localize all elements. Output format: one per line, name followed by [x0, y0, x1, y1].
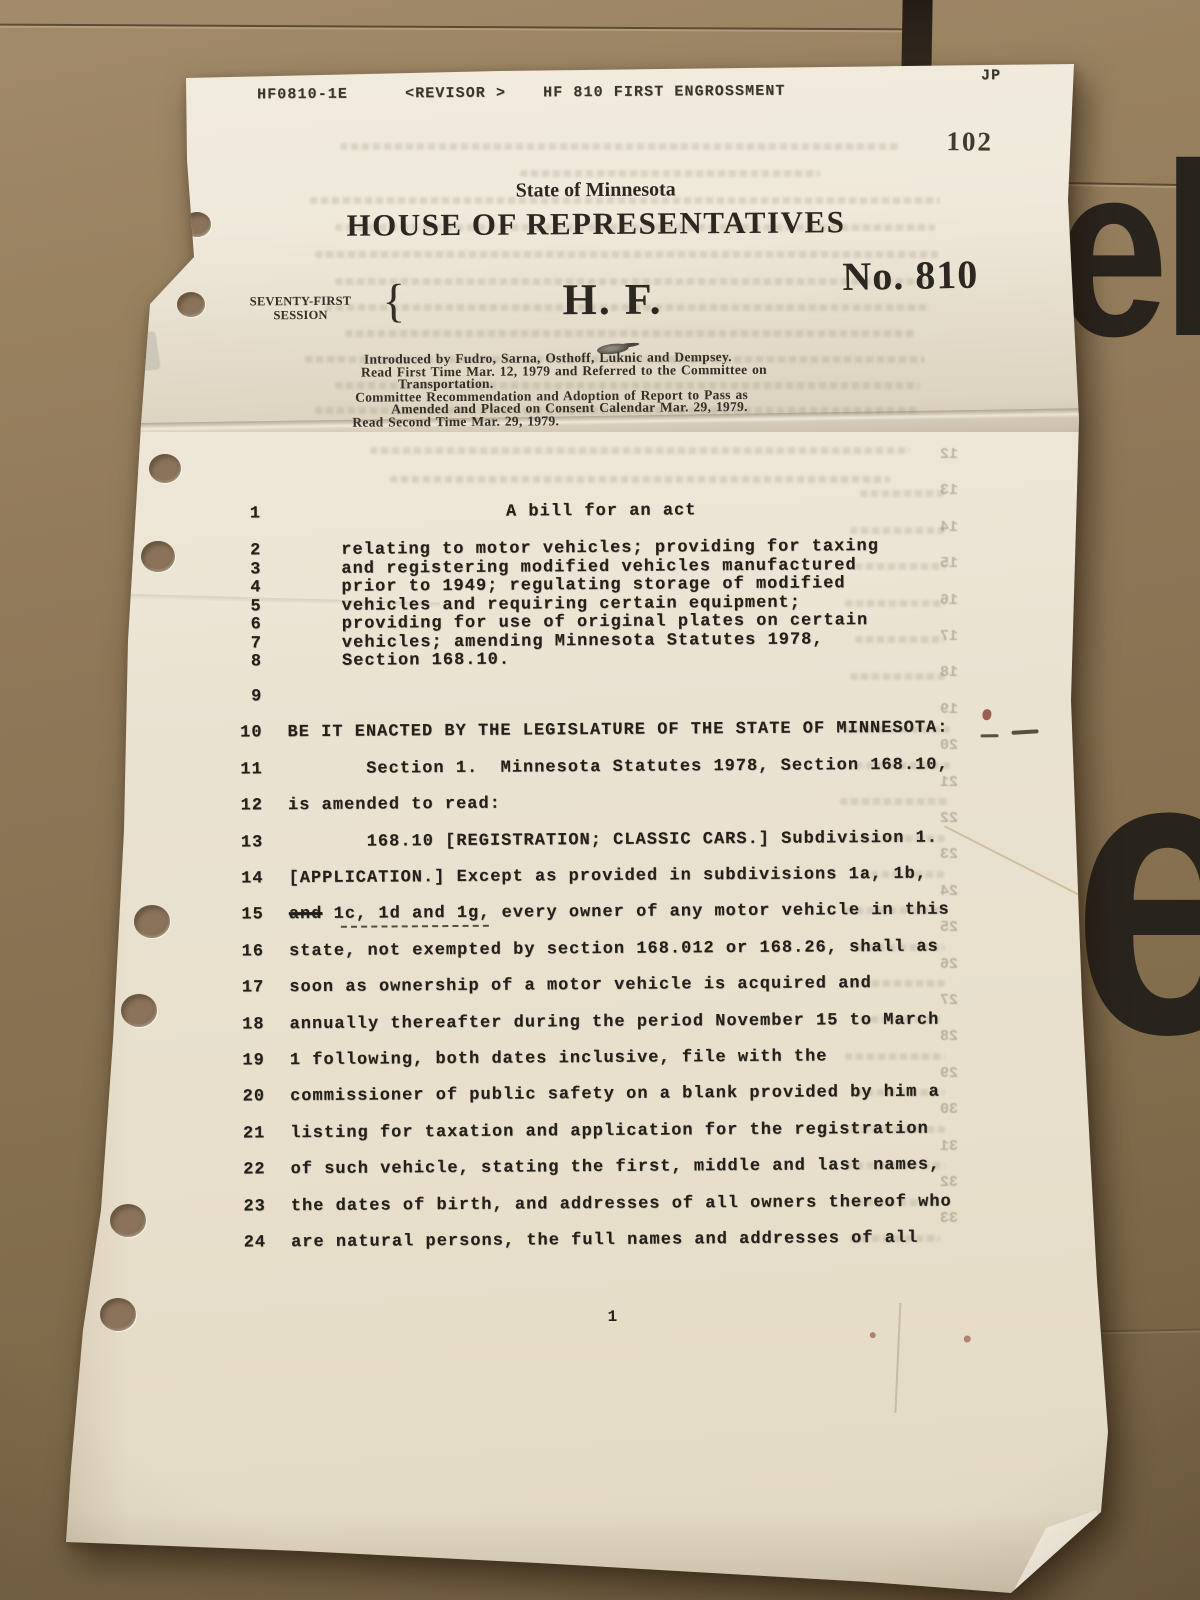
- line-text: BE IT ENACTED BY THE LEGISLATURE OF THE …: [287, 719, 948, 743]
- line-text: Section 168.10.: [342, 651, 510, 671]
- bill-line-9: 9: [0, 681, 1199, 711]
- bill-line-14: 14[APPLICATION.] Except as provided in s…: [0, 863, 1200, 893]
- line-text: soon as ownership of a motor vehicle is …: [289, 974, 872, 997]
- bill-line-17: 17soon as ownership of a motor vehicle i…: [1, 972, 1200, 1002]
- session-brace: {: [382, 278, 405, 325]
- line-text: commissioner of public safety on a blank…: [290, 1083, 940, 1107]
- masthead-state: State of Minnesota: [0, 175, 1196, 206]
- line-text: 168.10 [REGISTRATION; CLASSIC CARS.] Sub…: [288, 828, 938, 852]
- line-number: 22: [231, 1161, 266, 1180]
- bill-line-1: 1A bill for an act: [0, 498, 1198, 528]
- session-line1: SEVENTY-FIRST: [244, 294, 356, 309]
- line-number: 16: [229, 942, 264, 961]
- bill-line-15: 15and 1c, 1d and 1g, every owner of any …: [1, 899, 1200, 929]
- line-text: and 1c, 1d and 1g, every owner of any mo…: [289, 901, 950, 925]
- line-text: A bill for an act: [506, 501, 697, 521]
- line-text: the dates of birth, and addresses of all…: [291, 1192, 952, 1216]
- scratch-mark: [894, 1303, 901, 1413]
- red-speck-2: [964, 1335, 971, 1342]
- bill-number: No. 810: [842, 255, 979, 297]
- hf-label: H. F.: [562, 278, 662, 323]
- line-number: 5: [227, 597, 262, 616]
- bill-line-22: 22of such vehicle, stating the first, mi…: [3, 1154, 1200, 1184]
- line-number: 19: [230, 1051, 265, 1070]
- line-number: 1: [226, 504, 261, 523]
- line-number: 14: [228, 869, 263, 888]
- bill-document-page: 1213141516171819202122232425262728293031…: [0, 0, 1200, 1600]
- paper-right-shade: [1130, 0, 1200, 1600]
- line-number: 9: [227, 687, 262, 706]
- photo-scene: ek e 12131415161718192021222324252627282…: [0, 0, 1200, 1600]
- line-text: [APPLICATION.] Except as provided in sub…: [288, 865, 927, 888]
- paper-shadow-wrap: 1213141516171819202122232425262728293031…: [0, 0, 1200, 1600]
- session-line2: SESSION: [245, 308, 357, 323]
- line-number: 7: [227, 634, 262, 653]
- line-text: 1 following, both dates inclusive, file …: [290, 1047, 828, 1070]
- line-text: state, not exempted by section 168.012 o…: [289, 937, 939, 961]
- line-text: listing for taxation and application for…: [290, 1120, 929, 1143]
- bill-line-13: 13 168.10 [REGISTRATION; CLASSIC CARS.] …: [0, 826, 1200, 856]
- tape-fragment: [140, 332, 159, 370]
- bill-line-24: 24are natural persons, the full names an…: [3, 1227, 1200, 1257]
- line-number: 11: [228, 760, 263, 779]
- bill-line-20: 20commissioner of public safety on a bla…: [2, 1081, 1200, 1111]
- line-text: Section 1. Minnesota Statutes 1978, Sect…: [288, 755, 949, 779]
- line-text: are natural persons, the full names and …: [291, 1229, 918, 1252]
- line-text: annually thereafter during the period No…: [289, 1010, 939, 1034]
- new-language-underline: [341, 923, 489, 928]
- masthead-chamber: HOUSE OF REPRESENTATIVES: [0, 202, 1196, 246]
- bill-line-11: 11 Section 1. Minnesota Statutes 1978, S…: [0, 754, 1200, 784]
- line-number: 23: [231, 1197, 266, 1216]
- pencil-dash-1: [981, 734, 999, 737]
- line-number: 4: [226, 578, 261, 597]
- line-text: is amended to read:: [288, 795, 501, 815]
- introduction-block: Introduced by Fudro, Sarna, Osthoff, Luk…: [350, 351, 767, 429]
- line-number: 21: [230, 1124, 265, 1143]
- initials: JP: [981, 67, 1001, 84]
- line-number: 6: [227, 615, 262, 634]
- session-label: SEVENTY-FIRST SESSION: [244, 294, 356, 323]
- line-number: 2: [226, 541, 261, 560]
- revisor-tag: <REVISOR >: [405, 85, 506, 103]
- page-number: 1: [608, 1308, 618, 1326]
- printed-content: HF0810-1E <REVISOR > HF 810 FIRST ENGROS…: [0, 0, 1200, 1600]
- bill-line-19: 191 following, both dates inclusive, fil…: [2, 1045, 1200, 1075]
- red-speck-1: [870, 1332, 876, 1338]
- line-text: of such vehicle, stating the first, midd…: [291, 1156, 941, 1180]
- engrossment-title: HF 810 FIRST ENGROSSMENT: [543, 83, 786, 102]
- doc-code: HF0810-1E: [257, 86, 348, 104]
- bill-line-16: 16state, not exempted by section 168.012…: [1, 936, 1200, 966]
- bill-line-23: 23the dates of birth, and addresses of a…: [3, 1190, 1200, 1220]
- line-number: 20: [230, 1088, 265, 1107]
- line-number: 8: [227, 652, 262, 671]
- bill-line-18: 18annually thereafter during the period …: [1, 1008, 1200, 1038]
- intro-line-6: Read Second Time Mar. 29, 1979.: [352, 413, 767, 428]
- line-number: 24: [231, 1233, 266, 1252]
- line-number: 17: [229, 979, 264, 998]
- line-number: 10: [227, 724, 262, 743]
- line-number: 12: [228, 797, 263, 816]
- line-number: 18: [229, 1015, 264, 1034]
- line-number: 3: [226, 560, 261, 579]
- bill-body: 1A bill for an act2relating to motor veh…: [0, 0, 1194, 4]
- line-number: 15: [229, 906, 264, 925]
- line-number: 13: [228, 833, 263, 852]
- bill-line-12: 12is amended to read:: [0, 790, 1200, 820]
- bill-line-21: 21listing for taxation and application f…: [2, 1118, 1200, 1148]
- stamp-number: 102: [946, 126, 993, 157]
